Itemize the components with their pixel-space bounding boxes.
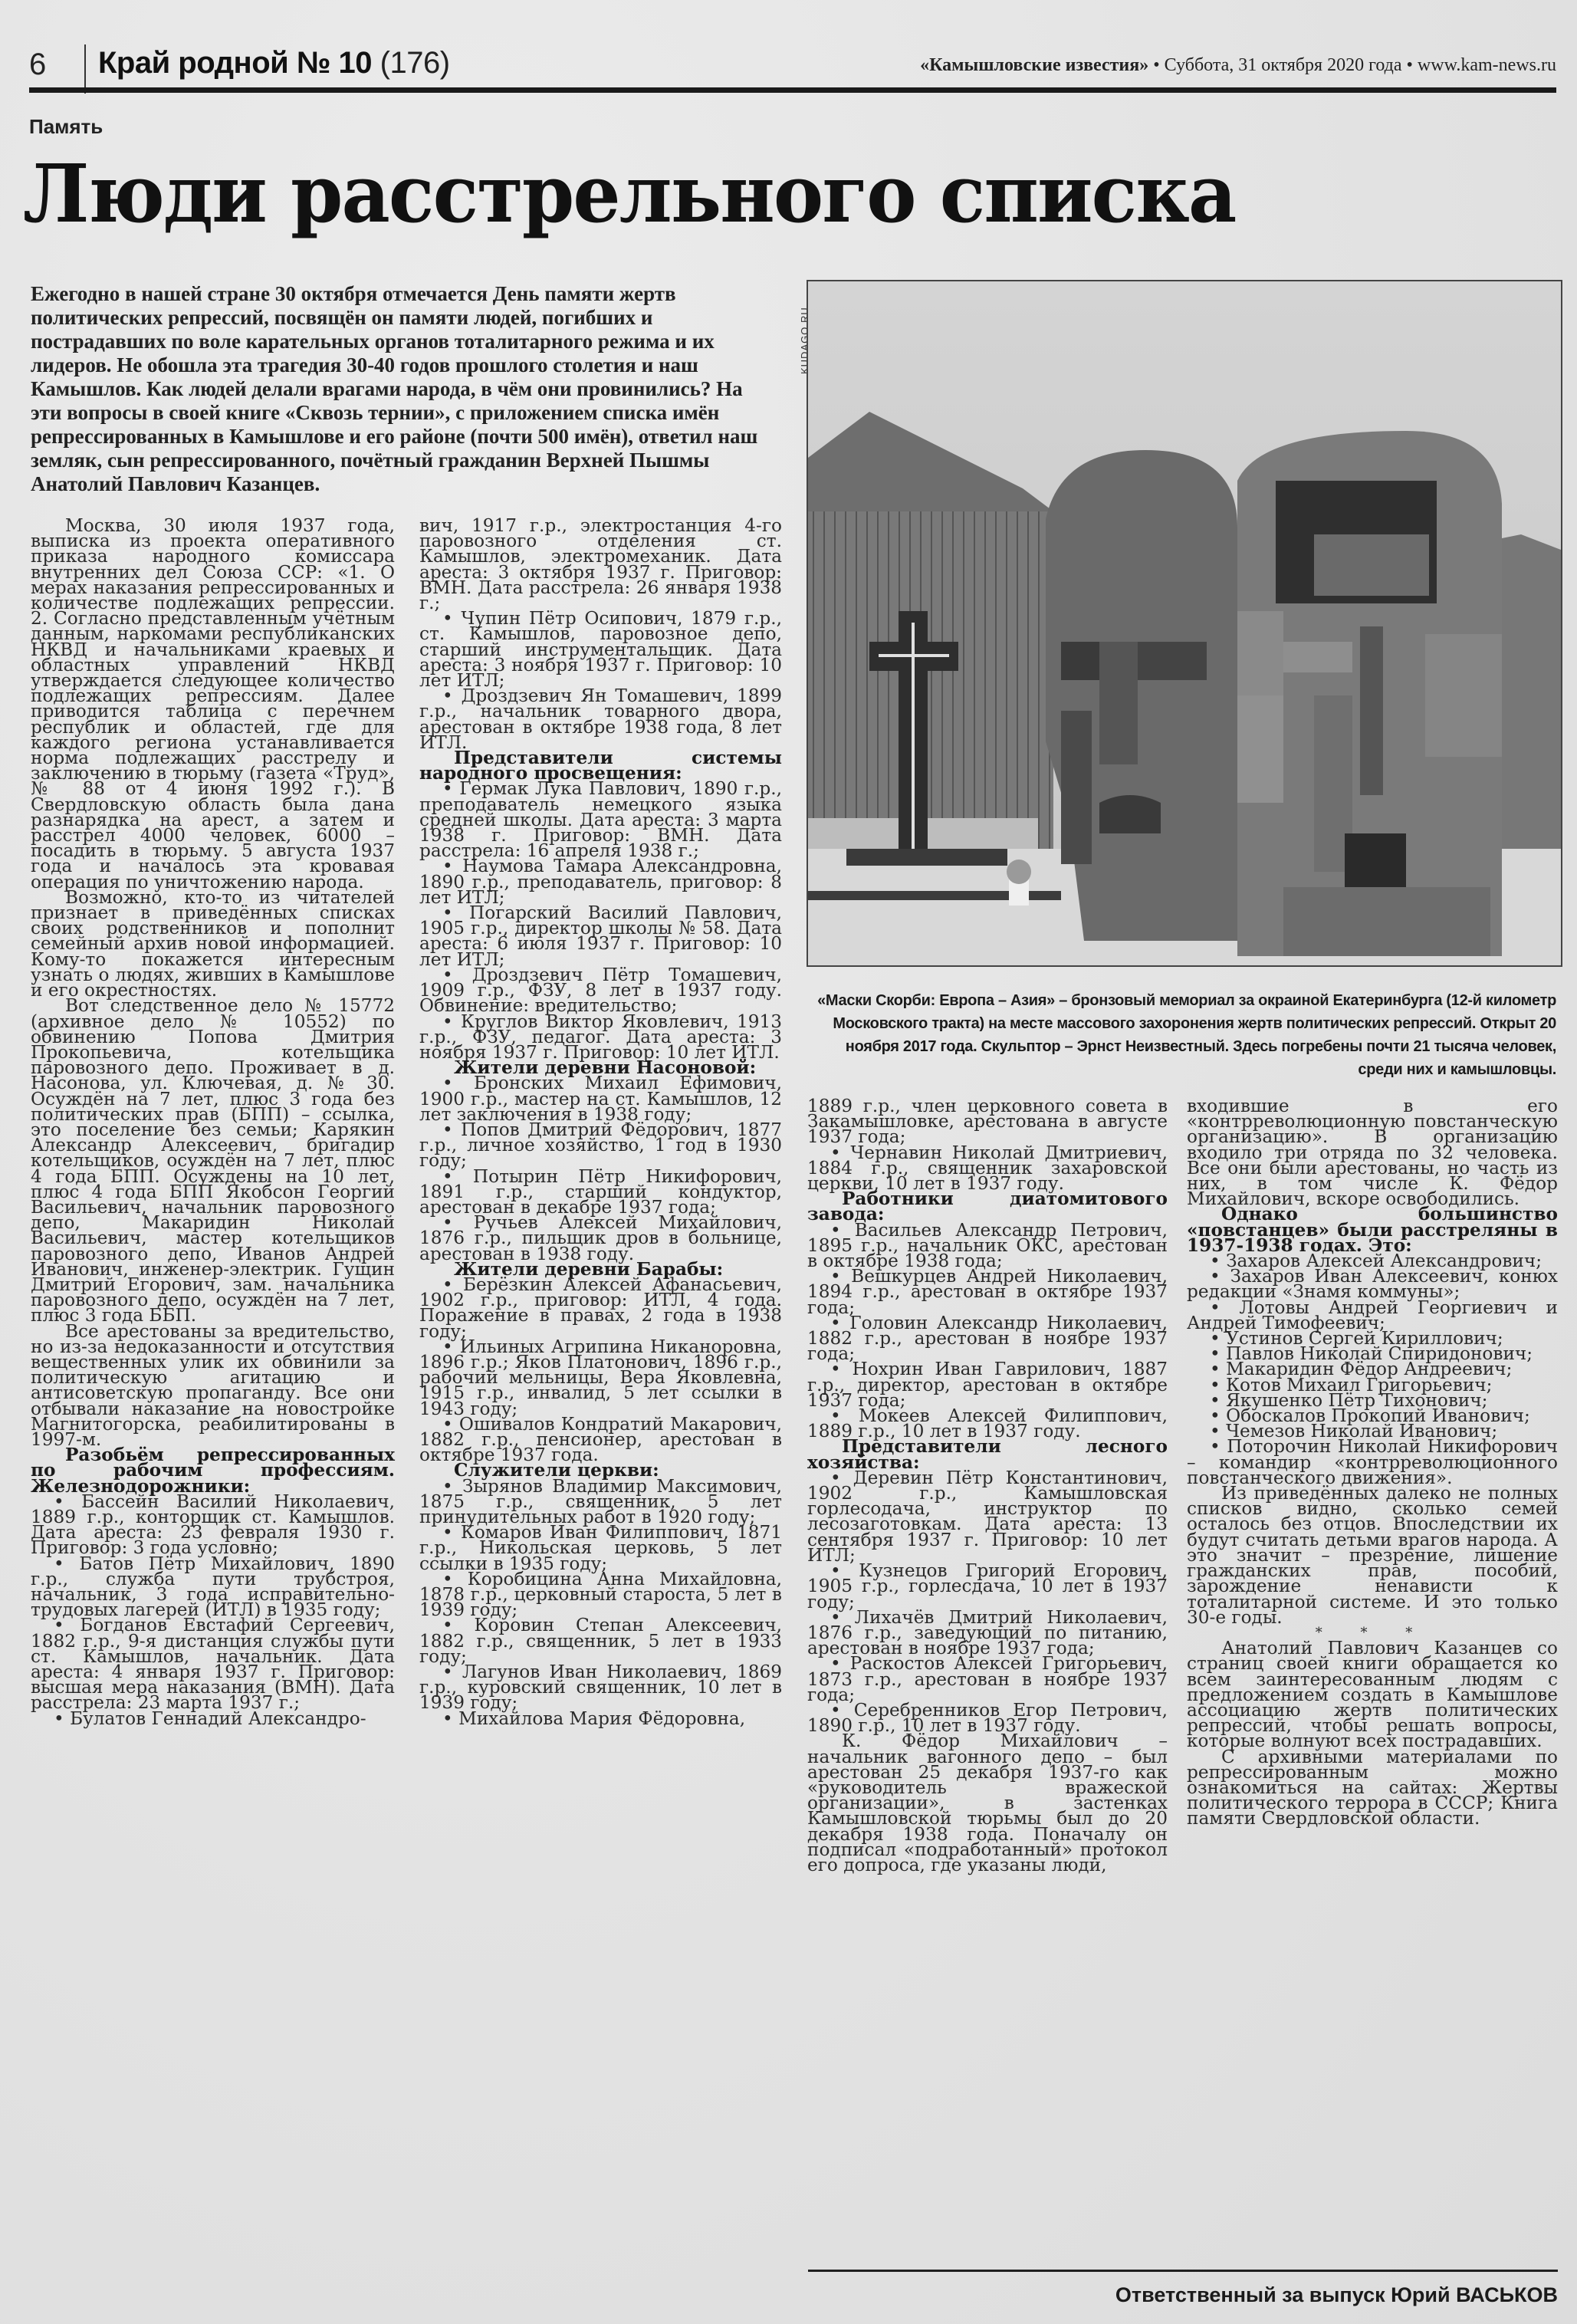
list-item: Васильев Александр Петрович, 1895 г.р., … <box>807 1223 1168 1270</box>
body-paragraph: Москва, 30 июля 1937 года, выписка из пр… <box>31 518 395 890</box>
masthead: 6 Край родной № 10 (176) «Камышловские и… <box>29 44 1556 90</box>
list-item: Батов Пётр Михайлович, 1890 г.р., служба… <box>31 1556 395 1619</box>
memorial-photo-image <box>808 281 1561 965</box>
list-item: Богданов Евстафий Сергеевич, 1882 г.р., … <box>31 1618 395 1711</box>
body-paragraph: Все арестованы за вредительство, но из-з… <box>31 1324 395 1448</box>
body-paragraph: Вот следственное дело № 15772 (архивное … <box>31 998 395 1323</box>
page-number: 6 <box>29 48 46 82</box>
list-item: Ильиных Агрипина Никаноровна, 1896 г.р.;… <box>419 1340 782 1417</box>
list-item: Вешкурцев Андрей Николаевич, 1894 г.р., … <box>807 1269 1168 1316</box>
section-issue: (176) <box>380 46 450 80</box>
subheading-railway: Разобьём репрессированных по рабочим про… <box>31 1448 395 1494</box>
list-item: Берёзкин Алексей Афанасьевич, 1902 г.р.,… <box>419 1277 782 1340</box>
list-item: Дроздзевич Ян Томашевич, 1899 г.р., нача… <box>419 689 782 751</box>
list-item: Комаров Иван Филиппович, 1871 г.р., Нико… <box>419 1525 782 1572</box>
list-item: Погарский Василий Павлович, 1905 г.р., д… <box>419 906 782 968</box>
list-item: Чупин Пётр Осипович, 1879 г.р., ст. Камы… <box>419 611 782 689</box>
list-item: Зырянов Владимир Максимович, 1875 г.р., … <box>419 1479 782 1526</box>
headline: Люди расстрельного списка <box>23 150 1236 238</box>
list-item: Кузнецов Григорий Егорович, 1905 г.р., г… <box>807 1563 1168 1610</box>
article-column-3: 1889 г.р., член церковного совета в Зака… <box>807 1099 1168 1873</box>
body-paragraph: С архивными материалами по репрессирован… <box>1187 1750 1558 1827</box>
list-item: Чернавин Николай Дмитриевич, 1884 г.р., … <box>807 1146 1168 1192</box>
photo-caption: «Маски Скорби: Европа – Азия» – бронзовы… <box>813 989 1556 1081</box>
subheading-shot: Однако большинство «повстанцев» были рас… <box>1187 1207 1558 1254</box>
body-paragraph: Анатолий Павлович Казанцев со страниц св… <box>1187 1641 1558 1749</box>
responsible-editor: Ответственный за выпуск Юрий ВАСЬКОВ <box>1115 2283 1558 2307</box>
publication-name: «Камышловские известия» <box>920 55 1148 75</box>
list-item: Поторочин Николай Никифорович – командир… <box>1187 1439 1558 1486</box>
footer-rule <box>808 2270 1558 2272</box>
list-item: Ручьев Алексей Михайлович, 1876 г.р., пи… <box>419 1215 782 1262</box>
list-item: Лихачёв Дмитрий Николаевич, 1876 г.р., з… <box>807 1610 1168 1657</box>
subheading-education: Представители системы народного просвеще… <box>419 751 782 781</box>
list-item: Ошивалов Кондратий Макарович, 1882 г.р.,… <box>419 1417 782 1464</box>
list-item-continued: вич, 1917 г.р., электростанция 4-го паро… <box>419 518 782 611</box>
masthead-divider <box>84 44 86 94</box>
issue-date: Суббота, 31 октября 2020 года <box>1165 55 1402 75</box>
body-paragraph-continued: входившие в его «контрреволюционную повс… <box>1187 1099 1558 1207</box>
list-item: Головин Александр Николаевич, 1882 г.р.,… <box>807 1316 1168 1363</box>
list-item: Круглов Виктор Яковлевич, 1913 г.р., ФЗУ… <box>419 1014 782 1061</box>
list-item: Гермак Лука Павлович, 1890 г.р., препода… <box>419 781 782 859</box>
bullet-separator: • <box>1407 55 1413 75</box>
list-item: Лотовы Андрей Георгиевич и Андрей Тимофе… <box>1187 1300 1558 1331</box>
article-column-4: входившие в его «контрреволюционную повс… <box>1187 1099 1558 1827</box>
list-item: Серебренников Егор Петрович, 1890 г.р., … <box>807 1703 1168 1734</box>
memorial-photo <box>807 280 1562 967</box>
body-paragraph: Из приведённых далеко не полных списков … <box>1187 1486 1558 1625</box>
list-item: Потырин Пётр Никифорович, 1891 г.р., ста… <box>419 1169 782 1216</box>
list-item: Нохрин Иван Гаврилович, 1887 г.р., дирек… <box>807 1362 1168 1409</box>
list-item: Дроздзевич Пётр Томашевич, 1909 г.р., ФЗ… <box>419 968 782 1014</box>
list-item: Лагунов Иван Николаевич, 1869 г.р., куро… <box>419 1665 782 1711</box>
list-item-continued: 1889 г.р., член церковного совета в Зака… <box>807 1099 1168 1146</box>
list-item: Коровин Степан Алексеевич, 1882 г.р., св… <box>419 1618 782 1665</box>
list-item: Мокеев Алексей Филиппович, 1889 г.р., 10… <box>807 1409 1168 1439</box>
list-item: Захаров Иван Алексеевич, конюх редакции … <box>1187 1269 1558 1300</box>
list-item: Раскостов Алексей Григорьевич, 1873 г.р.… <box>807 1656 1168 1703</box>
list-item: Коробицина Анна Михайловна, 1878 г.р., ц… <box>419 1572 782 1619</box>
article-column-2: вич, 1917 г.р., электростанция 4-го паро… <box>419 518 782 1727</box>
masthead-rule <box>29 87 1556 93</box>
list-item: Бронских Михаил Ефимович, 1900 г.р., мас… <box>419 1076 782 1123</box>
subheading-diatomite: Работники диатомитового завода: <box>807 1192 1168 1222</box>
list-item: Наумова Тамара Александровна, 1890 г.р.,… <box>419 859 782 906</box>
list-item: Булатов Геннадий Александро- <box>31 1711 395 1727</box>
body-paragraph: К. Фёдор Михайлович – начальник вагонног… <box>807 1734 1168 1873</box>
list-item: Попов Дмитрий Фёдорович, 1877 г.р., личн… <box>419 1123 782 1169</box>
bullet-separator: • <box>1153 55 1159 75</box>
section-title: Край родной № 10 (176) <box>98 46 450 81</box>
section-name: Край родной № 10 <box>98 46 372 80</box>
list-item: Михайлова Мария Фёдоровна, <box>419 1711 782 1727</box>
article-column-1: Москва, 30 июля 1937 года, выписка из пр… <box>31 518 395 1727</box>
publication-info: «Камышловские известия» • Суббота, 31 ок… <box>920 55 1556 76</box>
body-paragraph: Возможно, кто-то из читателей признает в… <box>31 890 395 998</box>
subheading-forestry: Представители лесного хозяйства: <box>807 1439 1168 1470</box>
rubric: Память <box>29 115 103 139</box>
lead-paragraph: Ежегодно в нашей стране 30 октября отмеч… <box>31 282 778 496</box>
list-item: Бассейн Василий Николаевич, 1889 г.р., к… <box>31 1494 395 1556</box>
list-item: Деревин Пётр Константинович, 1902 г.р., … <box>807 1471 1168 1563</box>
website-link[interactable]: www.kam-news.ru <box>1418 55 1556 75</box>
